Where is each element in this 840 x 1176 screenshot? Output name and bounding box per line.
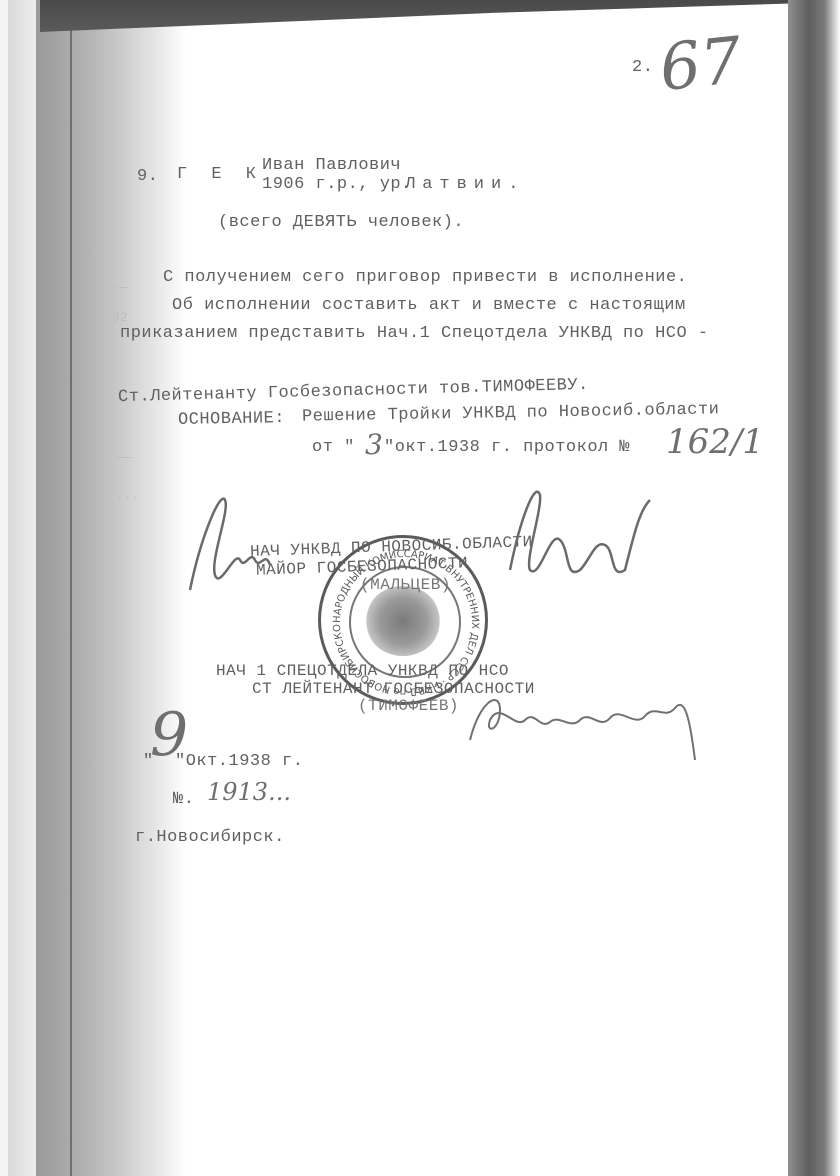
body-line-1: С получением сего приговор привести в ис… [163,268,687,287]
bleed-through-mark: ·— [112,280,128,295]
sheet-number: 2. [632,58,653,77]
footer-city: г.Новосибирск. [135,828,285,847]
footer-date-rest: "Окт.1938 г. [175,752,303,771]
basis-protocol-handwritten: 162/1 [666,422,764,462]
basis-date-suffix: "окт.1938 г. протокол № [384,438,630,457]
binding-gutter-shadow [36,0,186,1176]
body-line-3: приказанием представить Нач.1 Спецотдела… [120,324,709,343]
basis-date-day-handwritten: 3 [365,428,383,461]
entry-surname: Г Е К [177,165,263,184]
signatory-2-name: (ТИМОФЕЕВ) [358,697,459,715]
bleed-through-mark: —— [116,450,132,465]
body-line-2: Об исполнении составить акт и вместе с н… [172,296,686,315]
entry-number: 9. [137,167,158,186]
entry-birthplace: Латвии. [405,175,525,194]
binding-fold-line [70,0,72,1176]
entry-birth-info: 1906 г.р., ур. [262,175,412,194]
signatory-2-title-line-1: НАЧ 1 СПЕЦОТДЕЛА УНКВД ПО НСО [216,662,509,680]
basis-label: ОСНОВАНИЕ: [178,409,285,430]
scan-right-edge [788,0,840,1176]
footer-number-prefix: №. [173,790,194,809]
footer-number-handwritten: 1913... [207,778,291,806]
bleed-through-mark: ··· [116,490,139,505]
entry-given-names: Иван Павлович [262,156,401,175]
handwritten-folio-number: 67 [656,24,745,106]
signature-2-icon [460,680,720,770]
signature-1-icon [180,480,660,600]
basis-date-prefix: от " [312,438,355,457]
total-count-line: (всего ДЕВЯТЬ человек). [218,213,464,232]
bleed-through-mark: 02 [112,310,128,325]
